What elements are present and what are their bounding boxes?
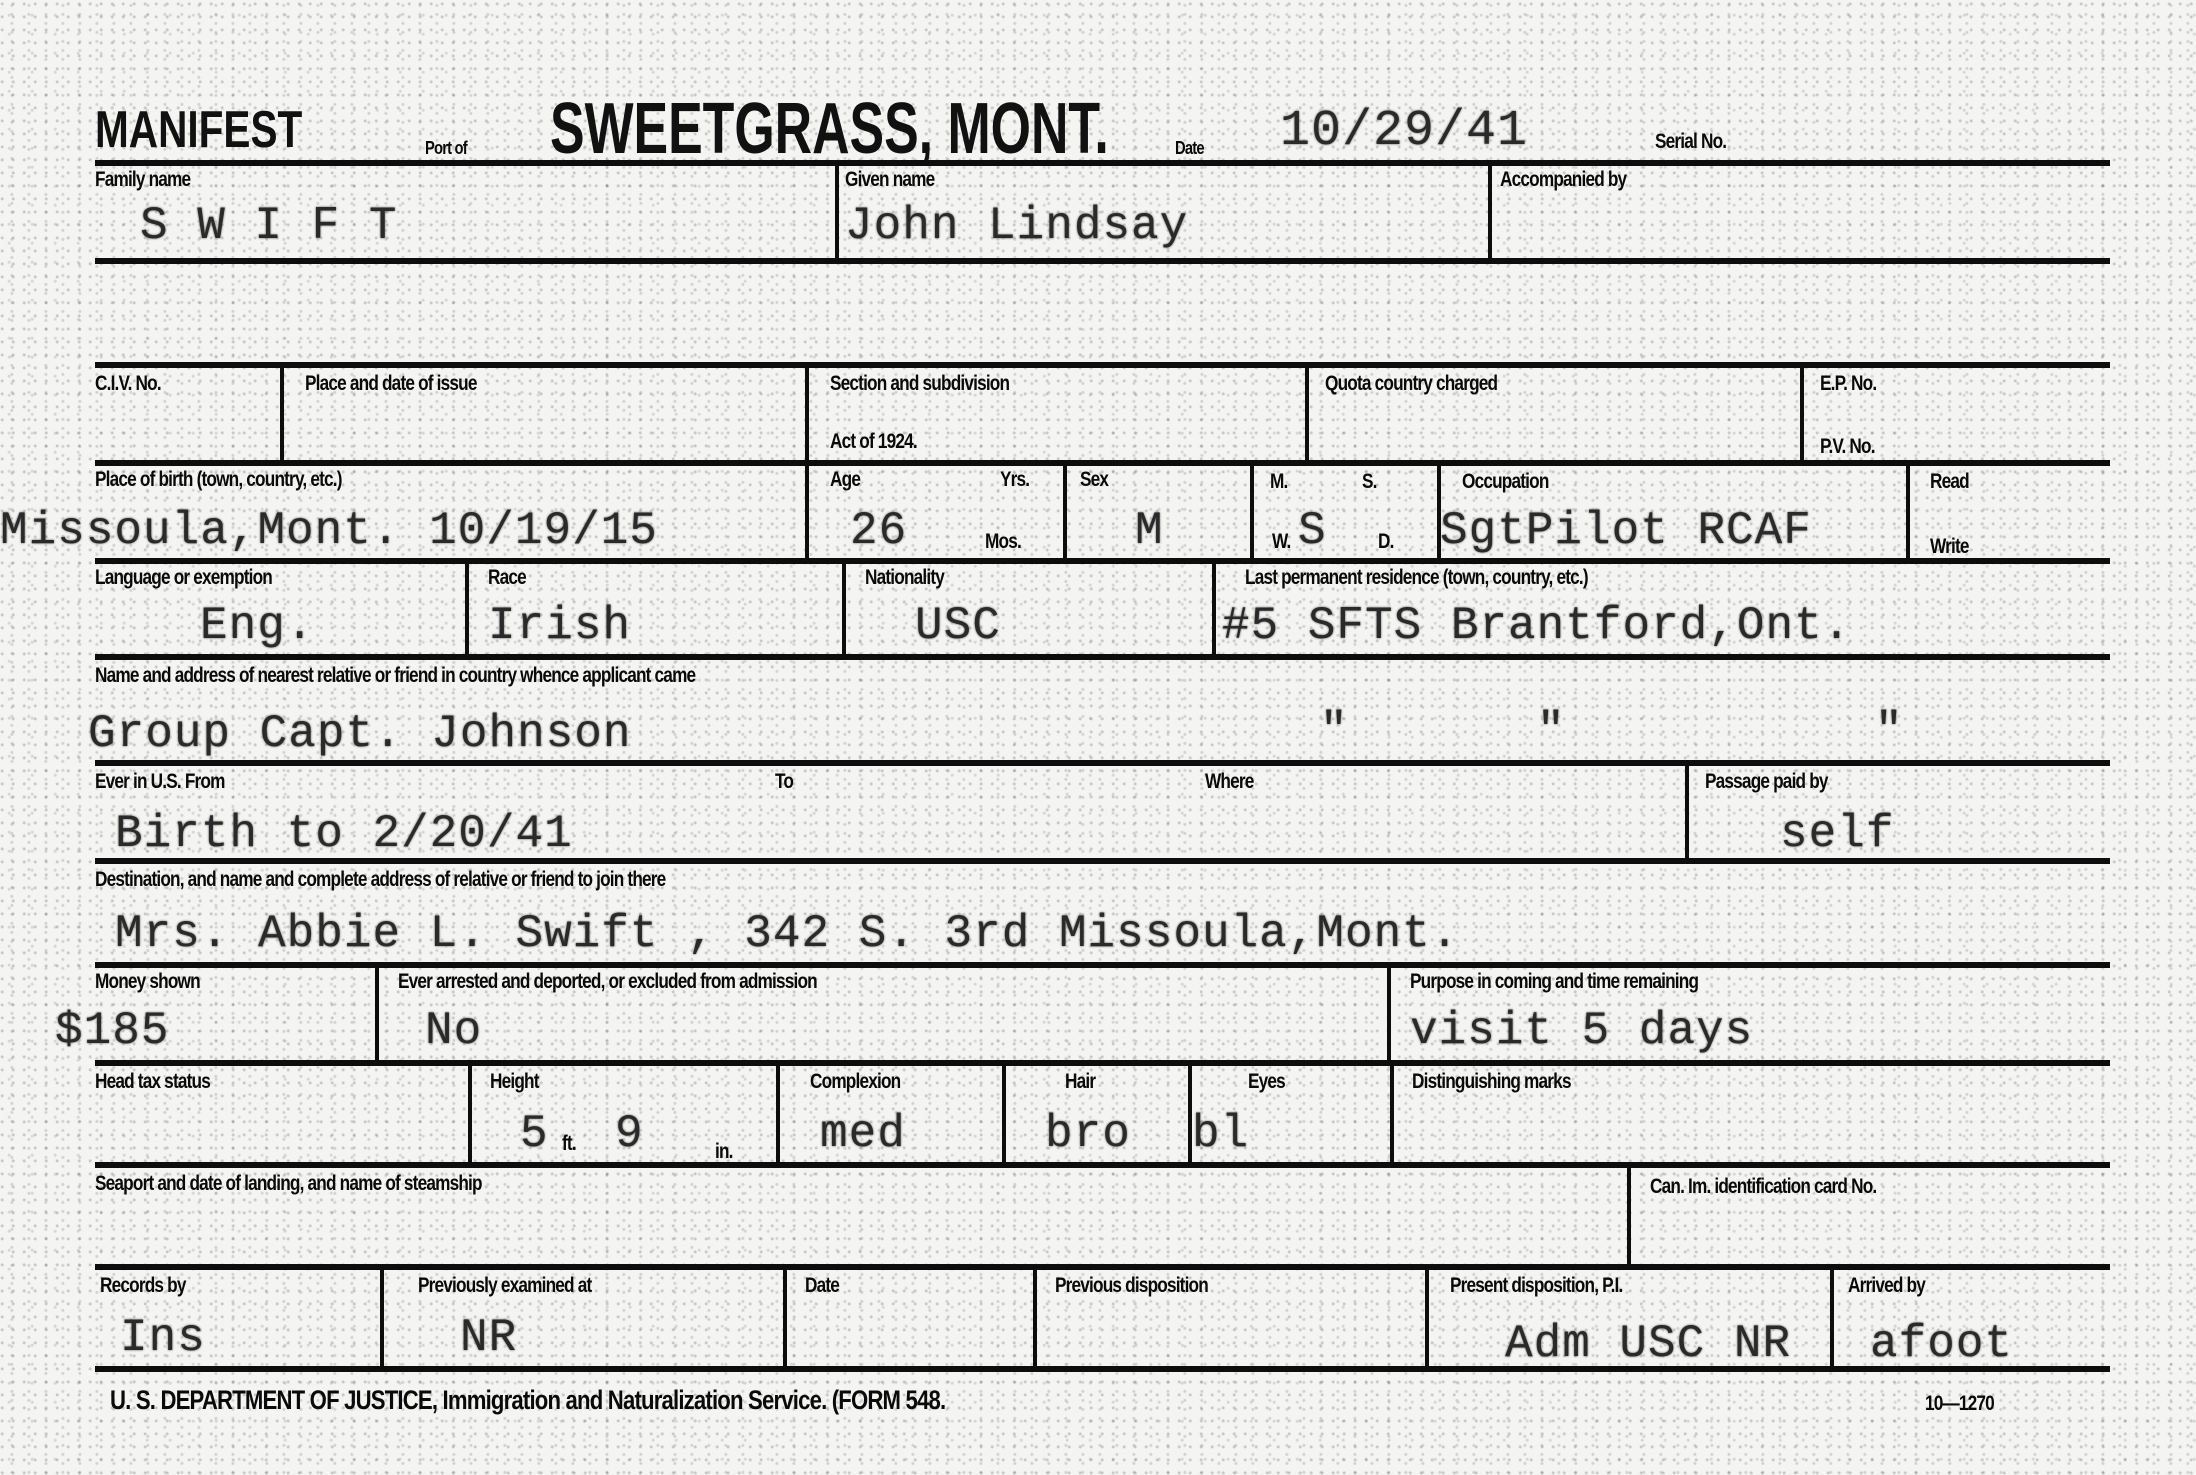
divider: [95, 962, 2110, 968]
complexion-value: med: [820, 1108, 906, 1160]
previous-disposition-label: Previous disposition: [1055, 1274, 1208, 1298]
age-value: 26: [850, 505, 907, 557]
records-by-label: Records by: [100, 1274, 186, 1298]
divider: [1387, 964, 1391, 1062]
race-value: Irish: [488, 600, 631, 652]
divider: [776, 1062, 780, 1162]
divider: [95, 1264, 2110, 1270]
divider: [1906, 462, 1910, 560]
age-label: Age: [830, 468, 860, 492]
divider: [783, 1266, 787, 1366]
read-label: Read: [1930, 470, 1969, 494]
divider: [1830, 1266, 1834, 1366]
present-disposition-value: Adm USC NR: [1505, 1318, 1791, 1370]
destination-value: Mrs. Abbie L. Swift , 342 S. 3rd Missoul…: [115, 908, 1459, 960]
previously-examined-label: Previously examined at: [418, 1274, 591, 1298]
id-card-label: Can. Im. identification card No.: [1650, 1175, 1876, 1199]
date-label: Date: [1175, 138, 1204, 159]
hair-value: bro: [1045, 1108, 1131, 1160]
date-field-label: Date: [805, 1274, 839, 1298]
marital-value: S: [1298, 505, 1327, 557]
act-label: Act of 1924.: [830, 430, 917, 454]
divider: [95, 654, 2110, 660]
divider: [1425, 1266, 1429, 1366]
divider: [95, 1162, 2110, 1168]
money-shown-value: $185: [55, 1005, 169, 1057]
divider: [1212, 560, 1216, 656]
divider: [95, 1366, 2110, 1372]
records-by-value: Ins: [120, 1312, 206, 1364]
marital-s-label: S.: [1362, 470, 1377, 494]
destination-label: Destination, and name and complete addre…: [95, 868, 665, 892]
civ-no-label: C.I.V. No.: [95, 372, 161, 396]
section-label: Section and subdivision: [830, 372, 1009, 396]
port-value: SWEETGRASS, MONT.: [550, 88, 1109, 170]
nationality-label: Nationality: [865, 566, 944, 590]
to-label: To: [775, 770, 793, 794]
divider: [1002, 1062, 1006, 1162]
mos-label: Mos.: [985, 530, 1021, 554]
ever-arrested-value: No: [425, 1005, 482, 1057]
arrived-by-label: Arrived by: [1848, 1274, 1925, 1298]
divider: [835, 162, 839, 262]
divider: [1488, 162, 1492, 262]
marital-m-label: M.: [1270, 470, 1287, 494]
language-label: Language or exemption: [95, 566, 272, 590]
purpose-label: Purpose in coming and time remaining: [1410, 970, 1698, 994]
race-label: Race: [488, 566, 526, 590]
form-title: MANIFEST: [95, 100, 302, 160]
money-shown-label: Money shown: [95, 970, 200, 994]
given-name-label: Given name: [845, 168, 934, 192]
yrs-label: Yrs.: [1000, 468, 1029, 492]
footer-department: U. S. DEPARTMENT OF JUSTICE, Immigration…: [110, 1385, 945, 1416]
marital-w-label: W.: [1272, 530, 1290, 554]
ever-arrested-label: Ever arrested and deported, or excluded …: [398, 970, 817, 994]
occupation-value: SgtPilot RCAF: [1440, 505, 1812, 557]
divider: [280, 364, 284, 462]
place-date-issue-label: Place and date of issue: [305, 372, 477, 396]
family-name-value: S W I F T: [140, 200, 397, 252]
quota-country-label: Quota country charged: [1325, 372, 1497, 396]
divider: [95, 460, 2110, 466]
height-label: Height: [490, 1070, 539, 1094]
place-of-birth-value: Missoula,Mont. 10/19/15: [0, 505, 658, 557]
date-value: 10/29/41: [1280, 103, 1528, 160]
pv-no-label: P.V. No.: [1820, 435, 1875, 459]
divider: [1685, 762, 1689, 860]
place-of-birth-label: Place of birth (town, country, etc.): [95, 468, 342, 492]
divider: [95, 858, 2110, 864]
language-value: Eng.: [200, 600, 314, 652]
marks-label: Distinguishing marks: [1412, 1070, 1571, 1094]
last-residence-value: #5 SFTS Brantford,Ont.: [1222, 600, 1851, 652]
arrived-by-value: afoot: [1870, 1318, 2013, 1370]
family-name-label: Family name: [95, 168, 190, 192]
height-inches-value: 9: [615, 1108, 644, 1160]
nearest-relative-label: Name and address of nearest relative or …: [95, 664, 695, 688]
previously-examined-value: NR: [460, 1312, 517, 1364]
write-label: Write: [1930, 535, 1969, 559]
last-residence-label: Last permanent residence (town, country,…: [1245, 566, 1588, 590]
seaport-label: Seaport and date of landing, and name of…: [95, 1172, 482, 1196]
nationality-value: USC: [915, 600, 1001, 652]
divider: [465, 560, 469, 656]
sex-value: M: [1135, 505, 1164, 557]
divider: [1063, 462, 1067, 560]
divider: [1390, 1062, 1394, 1162]
head-tax-label: Head tax status: [95, 1070, 210, 1094]
serial-label: Serial No.: [1655, 130, 1726, 154]
passage-paid-label: Passage paid by: [1705, 770, 1828, 794]
nearest-relative-value: Group Capt. Johnson: [88, 708, 632, 760]
complexion-label: Complexion: [810, 1070, 900, 1094]
divider: [95, 258, 2110, 264]
divider: [95, 558, 2110, 564]
where-label: Where: [1205, 770, 1254, 794]
divider: [95, 1060, 2110, 1066]
divider: [375, 964, 379, 1062]
divider: [95, 362, 2110, 368]
purpose-value: visit 5 days: [1410, 1005, 1753, 1057]
ever-in-us-value: Birth to 2/20/41: [115, 808, 573, 860]
sex-label: Sex: [1080, 468, 1108, 492]
port-label: Port of: [425, 138, 467, 159]
feet-label: ft.: [562, 1132, 576, 1156]
marital-d-label: D.: [1378, 530, 1394, 554]
divider: [1800, 364, 1804, 462]
ditto-mark: ": [1537, 705, 1566, 757]
divider: [1627, 1164, 1631, 1264]
accompanied-by-label: Accompanied by: [1500, 168, 1626, 192]
height-feet-value: 5: [520, 1108, 549, 1160]
divider: [380, 1266, 384, 1366]
ep-no-label: E.P. No.: [1820, 372, 1876, 396]
footer-form-code: 10—1270: [1925, 1392, 1994, 1416]
ditto-mark: ": [1875, 705, 1904, 757]
divider: [468, 1062, 472, 1162]
given-name-value: John Lindsay: [845, 200, 1188, 252]
passage-paid-value: self: [1780, 808, 1894, 860]
eyes-value: bl: [1192, 1108, 1249, 1160]
ditto-mark: ": [1320, 705, 1349, 757]
present-disposition-label: Present disposition, P.I.: [1450, 1274, 1622, 1298]
divider: [1305, 364, 1309, 462]
divider: [1250, 462, 1254, 560]
inches-label: in.: [715, 1140, 733, 1164]
divider: [1033, 1266, 1037, 1366]
hair-label: Hair: [1065, 1070, 1095, 1094]
occupation-label: Occupation: [1462, 470, 1549, 494]
eyes-label: Eyes: [1248, 1070, 1285, 1094]
ever-in-us-label: Ever in U.S. From: [95, 770, 225, 794]
divider: [95, 760, 2110, 766]
divider: [95, 160, 2110, 166]
divider: [842, 560, 846, 656]
